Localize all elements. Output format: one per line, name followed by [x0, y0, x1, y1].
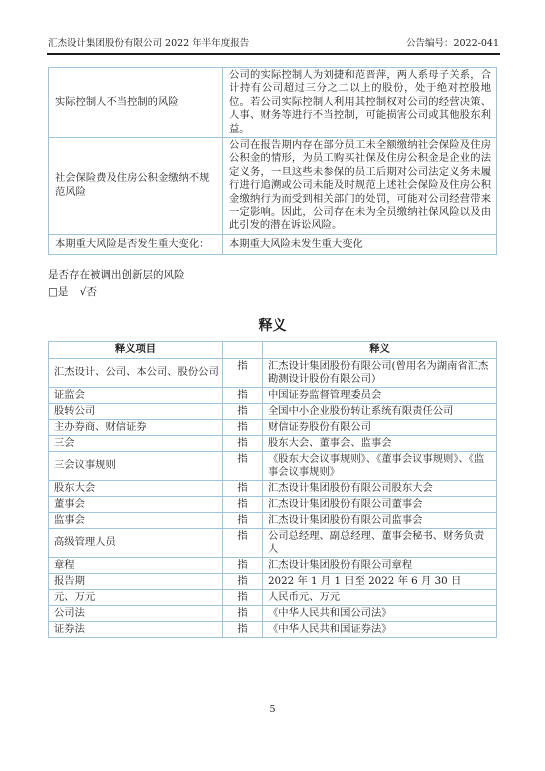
zhi-cell: 指: [223, 512, 263, 528]
risk-content-cell: 本期重大风险未发生重大变化: [223, 234, 497, 254]
table-row: 证监会 指 中国证券监督管理委员会: [49, 387, 497, 403]
column-header-definition: 释义: [263, 341, 497, 358]
term-cell: 元、万元: [49, 589, 223, 605]
question-options: □是 √否: [48, 285, 545, 299]
zhi-cell: 指: [223, 589, 263, 605]
term-cell: 股东大会: [49, 480, 223, 496]
term-cell: 公司法: [49, 605, 223, 621]
definition-cell: 汇杰设计集团股份有限公司监事会: [263, 512, 497, 528]
table-row: 元、万元 指 人民币元、万元: [49, 589, 497, 605]
report-page: 汇杰设计集团股份有限公司 2022 年半年度报告 公告编号：2022-041 实…: [0, 0, 545, 771]
zhi-cell: 指: [223, 480, 263, 496]
term-cell: 三会议事规则: [49, 451, 223, 480]
zhi-cell: 指: [223, 403, 263, 419]
table-row: 主办券商、财信证券 指 财信证券股份有限公司: [49, 419, 497, 435]
column-header-blank: [223, 341, 263, 358]
definition-cell: 汇杰设计集团股份有限公司(曾用名为湖南省汇杰勘测设计股份有限公司）: [263, 358, 497, 387]
definition-cell: 《股东大会议事规则》、《董事会议事规则》、《监事会议事规则》: [263, 451, 497, 480]
report-title: 汇杰设计集团股份有限公司 2022 年半年度报告: [48, 38, 249, 50]
question-text: 是否存在被调出创新层的风险: [48, 268, 545, 282]
definition-cell: 中国证券监督管理委员会: [263, 387, 497, 403]
table-header-row: 释义项目 释义: [49, 341, 497, 358]
table-row: 高级管理人员 指 公司总经理、副总经理、董事会秘书、财务负责人: [49, 528, 497, 557]
term-cell: 章程: [49, 557, 223, 573]
term-cell: 高级管理人员: [49, 528, 223, 557]
zhi-cell: 指: [223, 573, 263, 589]
risk-content-cell: 公司在报告期内存在部分员工未全额缴纳社会保险及住房公积金的情形，为员工购买社保及…: [223, 138, 497, 235]
table-row: 实际控制人不当控制的风险 公司的实际控制人为刘捷和范晋萍，两人系母子关系，合计持…: [49, 68, 497, 138]
zhi-cell: 指: [223, 451, 263, 480]
definition-cell: 《中华人民共和国公司法》: [263, 605, 497, 621]
term-cell: 董事会: [49, 496, 223, 512]
table-row: 本期重大风险是否发生重大变化： 本期重大风险未发生重大变化: [49, 234, 497, 254]
definition-cell: 财信证券股份有限公司: [263, 419, 497, 435]
announcement-number: 公告编号：2022-041: [406, 38, 499, 50]
definition-cell: 汇杰设计集团股份有限公司股东大会: [263, 480, 497, 496]
table-row: 三会 指 股东大会、董事会、监事会: [49, 435, 497, 451]
definitions-section-title: 释义: [48, 318, 497, 334]
definition-cell: 2022 年 1 月 1 日至 2022 年 6 月 30 日: [263, 573, 497, 589]
definition-cell: 汇杰设计集团股份有限公司董事会: [263, 496, 497, 512]
table-row: 股转公司 指 全国中小企业股份转让系统有限责任公司: [49, 403, 497, 419]
zhi-cell: 指: [223, 419, 263, 435]
table-row: 监事会 指 汇杰设计集团股份有限公司监事会: [49, 512, 497, 528]
document-header: 汇杰设计集团股份有限公司 2022 年半年度报告 公告编号：2022-041: [47, 0, 500, 55]
zhi-cell: 指: [223, 621, 263, 637]
table-row: 章程 指 汇杰设计集团股份有限公司章程: [49, 557, 497, 573]
term-cell: 报告期: [49, 573, 223, 589]
definition-cell: 汇杰设计集团股份有限公司章程: [263, 557, 497, 573]
risk-content-cell: 公司的实际控制人为刘捷和范晋萍，两人系母子关系，合计持有公司超过三分之二以上的股…: [223, 68, 497, 138]
definition-cell: 全国中小企业股份转让系统有限责任公司: [263, 403, 497, 419]
risk-table: 实际控制人不当控制的风险 公司的实际控制人为刘捷和范晋萍，两人系母子关系，合计持…: [48, 67, 497, 255]
table-row: 董事会 指 汇杰设计集团股份有限公司董事会: [49, 496, 497, 512]
definition-cell: 公司总经理、副总经理、董事会秘书、财务负责人: [263, 528, 497, 557]
zhi-cell: 指: [223, 528, 263, 557]
zhi-cell: 指: [223, 557, 263, 573]
zhi-cell: 指: [223, 496, 263, 512]
table-row: 报告期 指 2022 年 1 月 1 日至 2022 年 6 月 30 日: [49, 573, 497, 589]
risk-label-cell: 社会保险费及住房公积金缴纳不规范风险: [49, 138, 223, 235]
table-row: 股东大会 指 汇杰设计集团股份有限公司股东大会: [49, 480, 497, 496]
definition-cell: 股东大会、董事会、监事会: [263, 435, 497, 451]
table-row: 汇杰设计、公司、本公司、股份公司 指 汇杰设计集团股份有限公司(曾用名为湖南省汇…: [49, 358, 497, 387]
page-number: 5: [0, 704, 545, 715]
term-cell: 主办券商、财信证券: [49, 419, 223, 435]
definition-cell: 《中华人民共和国证券法》: [263, 621, 497, 637]
term-cell: 证监会: [49, 387, 223, 403]
term-cell: 汇杰设计、公司、本公司、股份公司: [49, 358, 223, 387]
risk-label-cell: 本期重大风险是否发生重大变化：: [49, 234, 223, 254]
zhi-cell: 指: [223, 387, 263, 403]
term-cell: 证券法: [49, 621, 223, 637]
table-row: 证券法 指 《中华人民共和国证券法》: [49, 621, 497, 637]
table-row: 公司法 指 《中华人民共和国公司法》: [49, 605, 497, 621]
table-row: 三会议事规则 指 《股东大会议事规则》、《董事会议事规则》、《监事会议事规则》: [49, 451, 497, 480]
risk-label-cell: 实际控制人不当控制的风险: [49, 68, 223, 138]
option-no-checkbox: √否: [80, 286, 97, 298]
zhi-cell: 指: [223, 358, 263, 387]
table-row: 社会保险费及住房公积金缴纳不规范风险 公司在报告期内存在部分员工未全额缴纳社会保…: [49, 138, 497, 235]
term-cell: 股转公司: [49, 403, 223, 419]
definitions-table: 释义项目 释义 汇杰设计、公司、本公司、股份公司 指 汇杰设计集团股份有限公司(…: [48, 341, 497, 638]
innovation-layer-question-block: 是否存在被调出创新层的风险 □是 √否: [48, 268, 545, 299]
option-yes-checkbox: □是: [48, 286, 68, 298]
zhi-cell: 指: [223, 605, 263, 621]
definition-cell: 人民币元、万元: [263, 589, 497, 605]
column-header-item: 释义项目: [49, 341, 223, 358]
term-cell: 监事会: [49, 512, 223, 528]
term-cell: 三会: [49, 435, 223, 451]
zhi-cell: 指: [223, 435, 263, 451]
